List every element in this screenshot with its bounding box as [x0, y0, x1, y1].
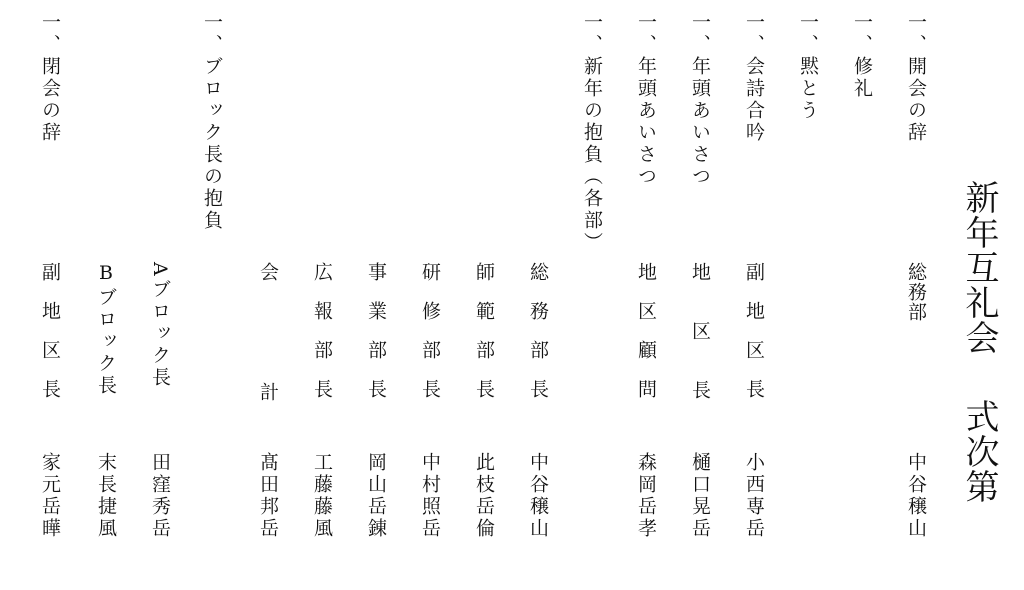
program-item-new-year-greeting-1: 一、年頭あいさつ [690, 12, 709, 188]
item-role: 総務部 [906, 262, 925, 322]
item-marker: 一、 [581, 12, 603, 56]
document-title: 新年互礼会式次第 [962, 180, 996, 504]
program-item-block-leader-resolutions: 一、ブロック長の抱負 [202, 12, 221, 232]
program-item-silent-prayer: 一、黙とう [798, 12, 817, 122]
item-text: 閉会の辞 [39, 56, 61, 144]
block-role: Bブロック長 [96, 262, 115, 397]
program-item-opening: 一、開会の辞 [906, 12, 925, 144]
block-name: 田窪秀岳 [150, 452, 169, 540]
program-item-bow: 一、修礼 [852, 12, 871, 100]
item-marker: 一、 [39, 12, 61, 56]
item-name: 中谷穣山 [906, 452, 925, 540]
item-text: 修礼 [851, 56, 873, 100]
program-item-new-year-resolutions: 一、新年の抱負（各部） [582, 12, 601, 254]
block-name: 末長捷風 [96, 452, 115, 540]
item-marker: 一、 [201, 12, 223, 56]
dept-name: 岡山岳錬 [366, 452, 385, 540]
item-text: 開会の辞 [905, 56, 927, 144]
item-marker: 一、 [797, 12, 819, 56]
dept-name: 中村照岳 [420, 452, 439, 540]
item-marker: 一、 [905, 12, 927, 56]
item-paren: （各部） [581, 166, 603, 254]
dept-name: 工藤藤風 [312, 452, 331, 540]
item-name: 樋口晃岳 [690, 452, 709, 540]
item-marker: 一、 [689, 12, 711, 56]
item-role: 地区顧問 [636, 262, 655, 418]
item-text: 年頭あいさつ [635, 56, 657, 188]
dept-role: 事業部長 [366, 262, 385, 418]
dept-role: 師範部長 [474, 262, 493, 418]
item-name: 小西専岳 [744, 452, 763, 540]
item-name: 森岡岳孝 [636, 452, 655, 540]
dept-name: 中谷穣山 [528, 452, 547, 540]
dept-role: 広報部長 [312, 262, 331, 418]
item-text: 新年の抱負 [581, 56, 603, 166]
title-main: 新年互礼会 [959, 180, 999, 355]
item-marker: 一、 [851, 12, 873, 56]
item-name: 家元岳曄 [40, 452, 59, 540]
item-role: 副地区長 [40, 262, 59, 418]
block-role: Aブロック長 [150, 262, 169, 389]
program-item-closing: 一、閉会の辞 [40, 12, 59, 144]
program-item-group-recital: 一、会詩合吟 [744, 12, 763, 144]
dept-role: 総務部長 [528, 262, 547, 418]
item-text: 会詩合吟 [743, 56, 765, 144]
item-role: 地区長 [690, 262, 709, 439]
item-text: 黙とう [797, 56, 819, 122]
item-text: ブロック長の抱負 [201, 56, 223, 232]
item-text: 年頭あいさつ [689, 56, 711, 188]
item-marker: 一、 [743, 12, 765, 56]
item-marker: 一、 [635, 12, 657, 56]
item-role: 副地区長 [744, 262, 763, 418]
program-item-new-year-greeting-2: 一、年頭あいさつ [636, 12, 655, 188]
dept-name: 髙田邦岳 [258, 452, 277, 540]
title-sub: 式次第 [959, 399, 999, 504]
dept-name: 此枝岳倫 [474, 452, 493, 540]
dept-role: 研修部長 [420, 262, 439, 418]
